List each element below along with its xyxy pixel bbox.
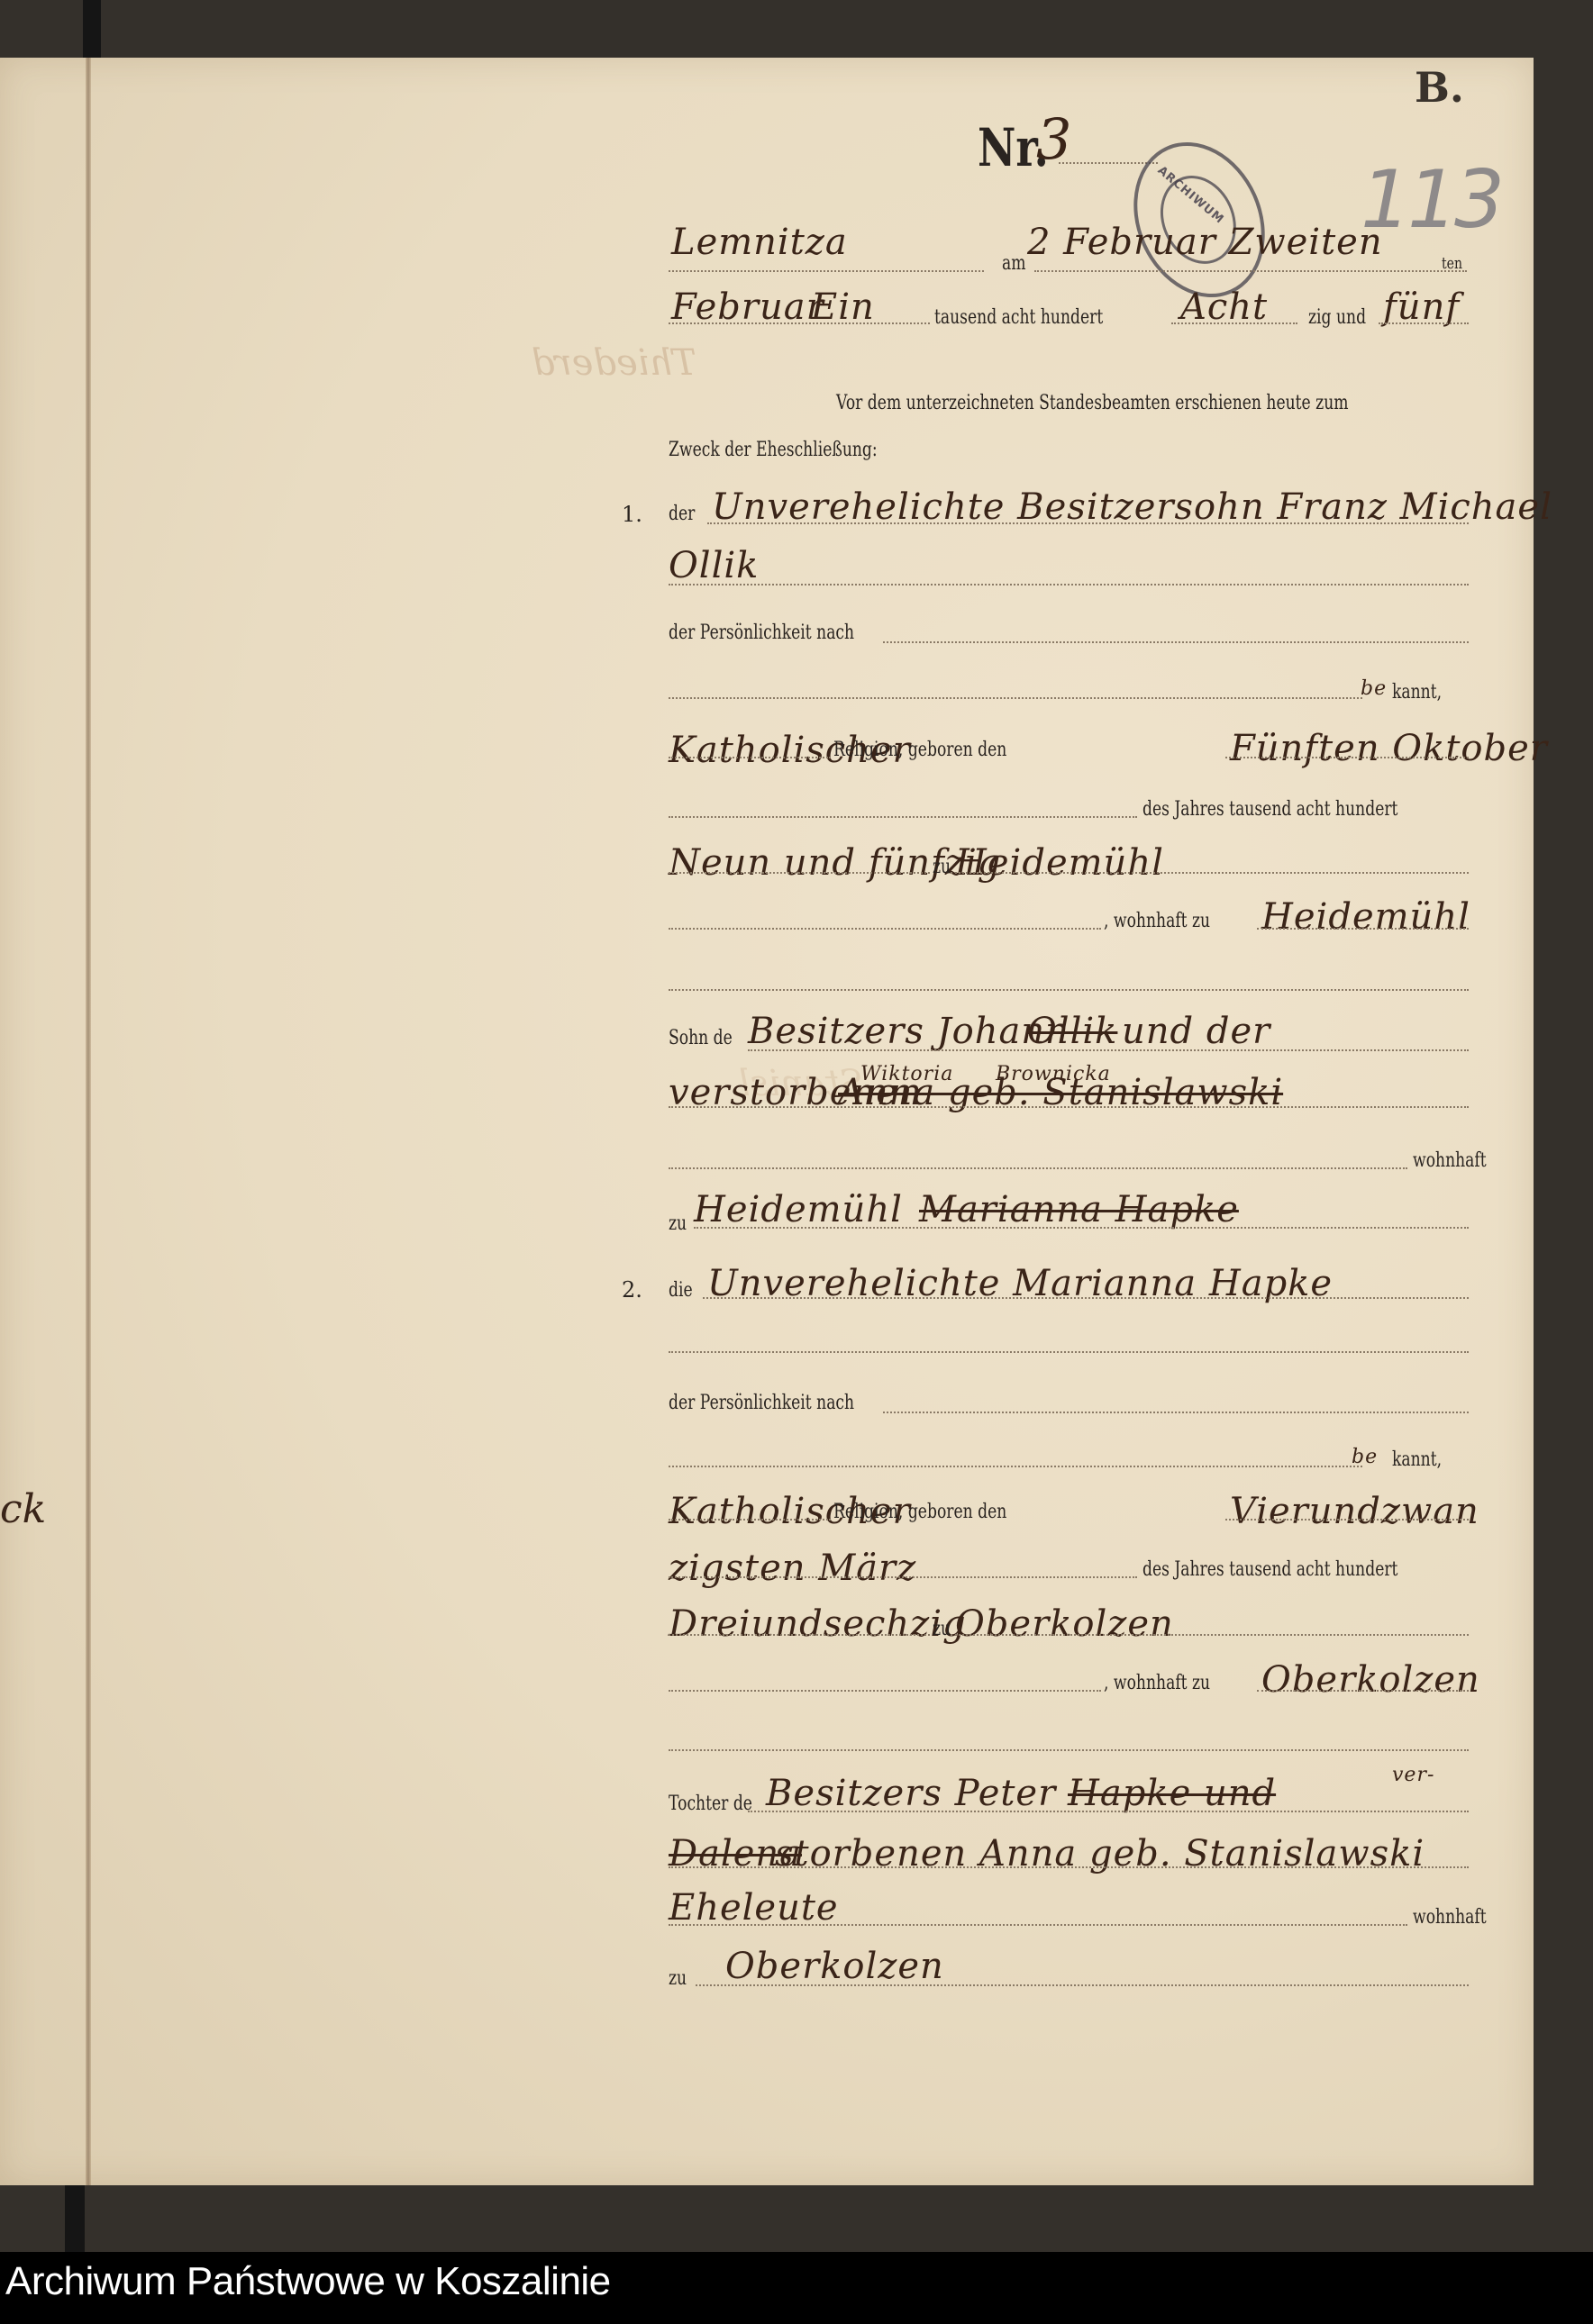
- kannt-label: kannt,: [1392, 681, 1442, 704]
- zu-label: zu: [669, 1212, 687, 1235]
- wohnhaft-label: wohnhaft: [1413, 1906, 1487, 1929]
- dotted-line: [669, 1466, 1362, 1467]
- dotted-line: [669, 1167, 1407, 1169]
- dotted-line: [669, 322, 930, 324]
- form-letter: B.: [1415, 63, 1464, 112]
- place-handwritten: Lemnitza: [671, 222, 848, 263]
- groom-parents-line1: Besitzers Johann: [748, 1011, 1070, 1052]
- tochter-label: Tochter de: [669, 1793, 752, 1815]
- groom-parents-residence: Heidemühl: [694, 1189, 903, 1230]
- groom-parents-residence-struck: Marianna Hapke: [919, 1189, 1239, 1230]
- dotted-line: [1257, 1690, 1469, 1692]
- binding-clip-bottom: [65, 2185, 85, 2252]
- zu-label: zu: [933, 856, 951, 878]
- die-label: die: [669, 1279, 693, 1302]
- bride-parents-insert: ver-: [1392, 1764, 1434, 1786]
- bride-parents-line1-struck: Hapke und: [1068, 1773, 1276, 1814]
- am-label: am: [1002, 252, 1026, 275]
- dotted-line: [1379, 322, 1469, 324]
- persoenlichkeit-label: der Persönlichkeit nach: [669, 622, 854, 644]
- dotted-line: [669, 1866, 1469, 1868]
- groom-index: 1.: [622, 502, 642, 527]
- wohnhaft-zu-label: , wohnhaft zu: [1104, 910, 1210, 932]
- bride-parents-line1: Besitzers Peter: [766, 1773, 1056, 1814]
- footer-bar: Archiwum Państwowe w Koszalinie: [0, 2252, 1593, 2324]
- dotted-line: [883, 1412, 1469, 1413]
- wohnhaft-label: wohnhaft: [1413, 1149, 1487, 1172]
- dotted-line: [669, 757, 831, 758]
- zu-label: zu: [669, 1967, 687, 1990]
- archive-name: Archiwum Państwowe w Koszalinie: [5, 2259, 611, 2304]
- wohnhaft-zu-label: , wohnhaft zu: [1104, 1672, 1210, 1694]
- bride-residence: Oberkolzen: [1261, 1659, 1480, 1701]
- dotted-line: [951, 872, 1469, 874]
- dotted-line: [669, 584, 1469, 586]
- ten-suffix: ten: [1442, 254, 1462, 273]
- dotted-line: [748, 1811, 1469, 1812]
- dotted-line: [1171, 322, 1297, 324]
- groom-name-line2: Ollik: [669, 545, 759, 586]
- dotted-line: [951, 1634, 1469, 1636]
- sohn-label: Sohn de: [669, 1027, 733, 1049]
- dotted-line: [1225, 757, 1469, 758]
- dotted-line: [669, 816, 1137, 818]
- der-label: der: [669, 503, 695, 525]
- dotted-line: [669, 697, 1362, 699]
- dotted-line: [669, 989, 1469, 991]
- dotted-line: [883, 641, 1469, 643]
- marriage-record-form: B. Nr. 3 ARCHIWUM 113 Lemnitza am 2 Febr…: [0, 0, 1534, 2185]
- religion-label: Religion, geboren den: [833, 1501, 1006, 1523]
- groom-parents-line1-end: und der: [1122, 1011, 1270, 1052]
- kannt-label: kannt,: [1392, 1448, 1442, 1471]
- date-handwritten: 2 Februar Zweiten: [1027, 222, 1383, 263]
- intro-line-1: Vor dem unterzeichneten Standesbeamten e…: [836, 392, 1349, 414]
- persoenlichkeit-label: der Persönlichkeit nach: [669, 1392, 854, 1414]
- dotted-line: [669, 1106, 1469, 1108]
- dotted-line: [669, 1634, 930, 1636]
- dotted-line: [669, 270, 984, 272]
- dotted-line: [669, 1749, 1469, 1751]
- dotted-line: [707, 522, 1469, 524]
- groom-birth-date: Fünften Oktober: [1230, 728, 1548, 769]
- year-printed: tausend acht hundert: [934, 306, 1103, 329]
- dotted-line: [694, 1227, 1469, 1229]
- dotted-line: [669, 1519, 831, 1521]
- zu-label: zu: [933, 1618, 951, 1640]
- bride-birth-date-line2: zigsten März: [669, 1548, 916, 1589]
- dotted-line: [669, 872, 930, 874]
- des-jahres-label: des Jahres tausend acht hundert: [1142, 1558, 1397, 1581]
- bride-birth-place: Oberkolzen: [955, 1603, 1174, 1645]
- margin-note: ck: [0, 1486, 46, 1532]
- bride-birth-year: Dreiundsechzig: [669, 1603, 967, 1645]
- dotted-line: [669, 1690, 1101, 1692]
- dotted-line: [1059, 162, 1158, 164]
- groom-parents-struck: Ollik: [1027, 1011, 1117, 1052]
- intro-line-2: Zweck der Eheschließung:: [669, 439, 878, 461]
- des-jahres-label: des Jahres tausend acht hundert: [1142, 798, 1397, 821]
- groom-birth-place: Heidemühl: [955, 842, 1164, 884]
- zig-und-label: zig und: [1308, 306, 1366, 329]
- dotted-line: [1034, 270, 1467, 272]
- dotted-line: [669, 928, 1101, 930]
- bride-parents-residence: Oberkolzen: [725, 1946, 944, 1987]
- known-prefix: be: [1352, 1446, 1378, 1468]
- dotted-line: [1257, 928, 1469, 930]
- dotted-line: [1225, 1519, 1469, 1521]
- dotted-line: [669, 1576, 1137, 1578]
- dotted-line: [669, 1351, 1469, 1353]
- religion-label: Religion, geboren den: [833, 739, 1006, 761]
- groom-birth-year: Neun und fünfzig: [669, 842, 1001, 884]
- dotted-line: [669, 1924, 1407, 1926]
- bride-index: 2.: [622, 1277, 642, 1303]
- bride-birth-date-line1: Vierundzwan: [1230, 1491, 1479, 1532]
- bride-parents-line3: Eheleute: [669, 1887, 839, 1929]
- dotted-line: [703, 1297, 1469, 1299]
- dotted-line: [748, 1049, 1469, 1051]
- known-prefix: be: [1361, 677, 1387, 700]
- dotted-line: [696, 1984, 1469, 1986]
- groom-residence: Heidemühl: [1261, 896, 1470, 938]
- bride-parents-line2: storbenen Anna geb. Stanislawski: [775, 1833, 1425, 1875]
